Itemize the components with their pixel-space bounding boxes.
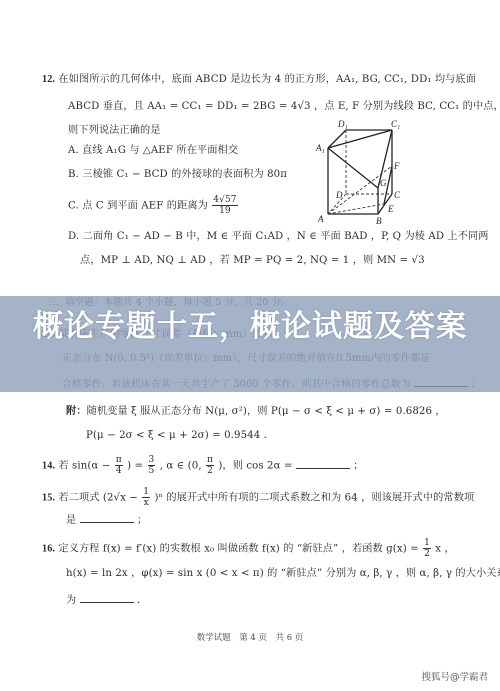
q12-option-a: A. 直线 A₁G 与 △AEF 所在平面相交 bbox=[68, 144, 238, 158]
fraction: 35 bbox=[148, 455, 156, 476]
q13-note-line1: 附：随机变量 ξ 服从正态分布 N(μ, σ²)，则 P(μ − σ < ξ <… bbox=[66, 404, 446, 419]
answer-blank[interactable] bbox=[296, 458, 350, 469]
question-number: 16. bbox=[42, 544, 55, 555]
option-text: 直线 A₁G 与 △AEF 所在平面相交 bbox=[82, 145, 238, 156]
q14-line: 14. 若 sin(α − π4 ) = 35 , α ∈ (0, π2 )，则… bbox=[42, 455, 364, 476]
note-label: 附： bbox=[66, 405, 87, 417]
svg-text:D₁: D₁ bbox=[337, 119, 348, 129]
answer-blank[interactable] bbox=[80, 592, 134, 603]
q12-option-d-line2: 点，MP ⊥ AD, NQ ⊥ AD ，若 MP = PQ = 2, NQ = … bbox=[80, 254, 425, 268]
option-label: A. bbox=[68, 145, 79, 156]
q15-line1: 15. 若二项式 (2√x − 1x )ⁿ 的展开式中所有项的二项式系数之和为 … bbox=[42, 487, 474, 508]
q12-line2: ABCD 垂直，且 AA₁ = CC₁ = DD₁ = 2BG = 4√3 ，点… bbox=[68, 100, 500, 114]
page-footer: 数学试题 第 4 页 共 6 页 bbox=[0, 631, 500, 643]
q12-option-b: B. 三棱锥 C₁ − BCD 的外接球的表面积为 80π bbox=[68, 168, 287, 182]
option-text: 二面角 C₁ − AD − B 中，M ∈ 平面 C₁AD ，N ∈ 平面 BA… bbox=[83, 231, 489, 242]
svg-text:B: B bbox=[376, 216, 382, 226]
svg-text:G: G bbox=[380, 178, 387, 188]
note-text: 随机变量 ξ 服从正态分布 N(μ, σ²)，则 P(μ − σ < ξ < μ… bbox=[87, 406, 446, 417]
svg-text:A₁: A₁ bbox=[315, 143, 325, 153]
option-label: D. bbox=[68, 231, 79, 242]
q16-line1: 16. 定义方程 f(x) = f′(x) 的实数根 x₀ 叫做函数 f(x) … bbox=[42, 538, 455, 559]
fraction: 1x bbox=[142, 487, 150, 508]
geometry-figure: D₁ C₁ A₁ F G D C E A B bbox=[296, 116, 446, 228]
q12-stem-text-2: ABCD 垂直，且 AA₁ = CC₁ = DD₁ = 2BG = 4√3 ，点… bbox=[68, 101, 500, 112]
svg-text:F: F bbox=[393, 161, 400, 171]
q12-stem-text: 在如图所示的几何体中，底面 ABCD 是边长为 4 的正方形，AA₁, BG, … bbox=[58, 74, 476, 85]
option-label: C. bbox=[68, 201, 79, 212]
question-number: 12. bbox=[42, 74, 55, 85]
q12-option-c: C. 点 C 到平面 AEF 的距离为 4√57 19 bbox=[68, 195, 239, 216]
q15-line2: 是 ； bbox=[66, 512, 147, 528]
option-text-continued: 点，MP ⊥ AD, NQ ⊥ AD ，若 MP = PQ = 2, NQ = … bbox=[80, 255, 425, 266]
svg-text:C₁: C₁ bbox=[391, 119, 400, 129]
q12-line3: 则下列说法正确的是 bbox=[68, 124, 161, 138]
answer-blank[interactable] bbox=[80, 512, 134, 523]
q12-option-d: D. 二面角 C₁ − AD − B 中，M ∈ 平面 C₁AD ，N ∈ 平面… bbox=[68, 230, 489, 244]
q12-prompt: 则下列说法正确的是 bbox=[68, 125, 161, 136]
banner-title: 概论专题十五，概论试题及答案 bbox=[0, 310, 500, 344]
q16-line2: h(x) = ln 2x ，φ(x) = sin x (0 < x < π) 的… bbox=[66, 567, 500, 581]
note-text-2: P(μ − 2σ < ξ < μ + 2σ) = 0.9544 ． bbox=[86, 430, 274, 441]
svg-text:A: A bbox=[317, 214, 324, 224]
question-number: 15. bbox=[42, 493, 55, 504]
fraction: π4 bbox=[115, 455, 123, 476]
svg-text:D: D bbox=[335, 190, 343, 200]
svg-text:E: E bbox=[387, 204, 394, 214]
option-text: 点 C 到平面 AEF 的距离为 bbox=[82, 201, 208, 212]
fraction: 12 bbox=[423, 538, 431, 559]
fraction: π2 bbox=[206, 455, 214, 476]
q16-line3: 为 ． bbox=[66, 592, 147, 608]
option-text: 三棱锥 C₁ − BCD 的外接球的表面积为 80π bbox=[82, 169, 287, 180]
solid-diagram: D₁ C₁ A₁ F G D C E A B bbox=[296, 116, 446, 228]
question-number: 14. bbox=[42, 461, 55, 472]
q13-note-line2: P(μ − 2σ < ξ < μ + 2σ) = 0.9544 ． bbox=[86, 429, 274, 443]
svg-text:C: C bbox=[394, 190, 401, 200]
fraction: 4√57 19 bbox=[212, 195, 237, 216]
q12-line1: 12. 在如图所示的几何体中，底面 ABCD 是边长为 4 的正方形，AA₁, … bbox=[42, 73, 476, 87]
option-label: B. bbox=[68, 169, 79, 180]
watermark: 搜狐号@学霸君 bbox=[421, 669, 488, 683]
